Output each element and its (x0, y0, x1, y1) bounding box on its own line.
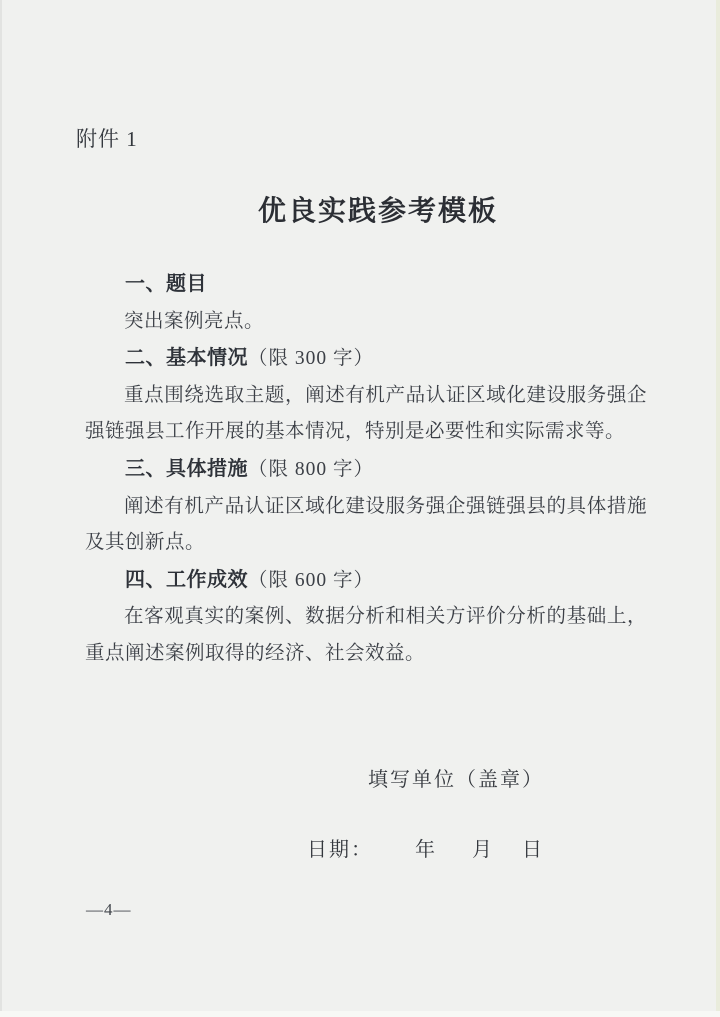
section-heading-4-text: 四、工作成效 (125, 569, 248, 591)
section-heading-4-limit: （限 600 字） (248, 570, 374, 591)
scan-edge-bottom (0, 1011, 720, 1017)
section-body-2: 重点围绕选取主题，阐述有机产品认证区域化建设服务强企强链强县工作开展的基本情况，… (85, 378, 647, 451)
document-body: 一、题目 突出案例亮点。 二、基本情况（限 300 字） 重点围绕选取主题，阐述… (85, 266, 647, 673)
page-title: 优良实践参考模板 (18, 189, 720, 229)
section-heading-3: 三、具体措施（限 800 字） (85, 451, 647, 489)
section-heading-2: 二、基本情况（限 300 字） (85, 340, 647, 378)
section-heading-3-limit: （限 800 字） (248, 459, 374, 480)
signature-block: 填写单位（盖章） 日期： 年 月 日 (307, 768, 544, 862)
page-number: —4— (86, 900, 132, 920)
section-heading-3-text: 三、具体措施 (125, 458, 248, 480)
attachment-label: 附件 1 (76, 123, 138, 153)
scan-edge-right (716, 0, 720, 1017)
section-heading-2-limit: （限 300 字） (248, 348, 374, 369)
section-body-1: 突出案例亮点。 (85, 304, 647, 341)
signature-date-line: 日期： 年 月 日 (307, 838, 544, 862)
signature-unit-line: 填写单位（盖章） (307, 768, 544, 792)
section-body-3: 阐述有机产品认证区域化建设服务强企强链强县的具体措施及其创新点。 (85, 489, 647, 562)
section-heading-1: 一、题目 (85, 266, 647, 304)
section-heading-2-text: 二、基本情况 (125, 347, 248, 369)
section-body-4: 在客观真实的案例、数据分析和相关方评价分析的基础上，重点阐述案例取得的经济、社会… (85, 599, 647, 672)
section-heading-1-text: 一、题目 (125, 273, 207, 295)
scan-edge-left (0, 0, 2, 1017)
section-heading-4: 四、工作成效（限 600 字） (85, 562, 647, 600)
document-page: 附件 1 优良实践参考模板 一、题目 突出案例亮点。 二、基本情况（限 300 … (0, 0, 720, 1017)
